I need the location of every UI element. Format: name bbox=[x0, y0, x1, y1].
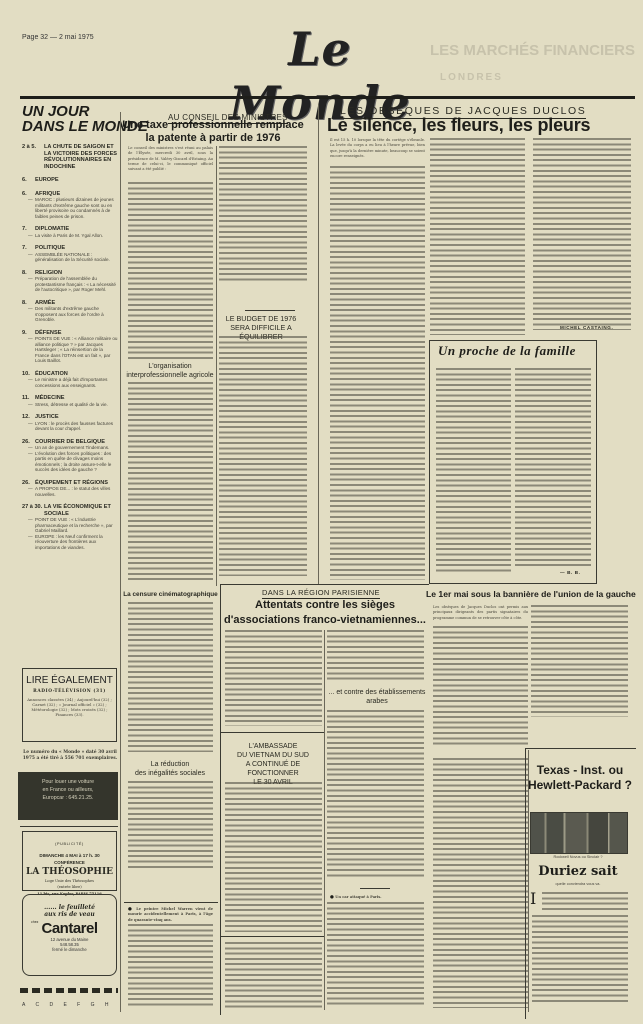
article-body-text bbox=[330, 166, 425, 580]
toc-page-number: 27 à 30. bbox=[22, 504, 44, 517]
toc-heading-text: LA CHUTE DE SAIGON ET LA VICTOIRE DES FO… bbox=[44, 144, 118, 170]
table-of-contents: 2 à 5.LA CHUTE DE SAIGON ET LA VICTOIRE … bbox=[22, 144, 118, 557]
article-body-text bbox=[531, 605, 628, 717]
box-signature: — B. B. bbox=[560, 570, 581, 575]
toc-summary: —Stress, détresse et qualité de la vie. bbox=[22, 402, 118, 408]
dash-icon: — bbox=[28, 421, 35, 432]
subhead-line2: des inégalités sociales bbox=[124, 769, 216, 778]
toc-summary-text: LYON : le procès des fausses factures de… bbox=[35, 421, 118, 432]
bleed-through-sub: LONDRES bbox=[440, 72, 503, 83]
headline-attentats: Attentats contre les sièges d'associatio… bbox=[222, 598, 428, 628]
cantarel-hours: fermé le dimanche bbox=[23, 947, 116, 952]
article-lead: Le conseil des ministres s'est réuni au … bbox=[128, 146, 213, 172]
toc-summary-text: POINT DE VUE : « L'industrie pharmaceuti… bbox=[35, 517, 118, 534]
europcar-line1: Pour louer une voiture bbox=[18, 778, 118, 786]
toc-summary-text: A PROPOS DE... : le statut des villes no… bbox=[35, 486, 118, 497]
headline-line1: Attentats contre les sièges bbox=[222, 598, 428, 613]
theosophie-org: Loge Unie des Théosophes bbox=[23, 879, 116, 883]
subhead-line1: L'organisation bbox=[124, 362, 216, 371]
toc-summary-text: Le ministre a déjà fait d'importantes co… bbox=[35, 377, 118, 388]
ad-label: (PUBLICITÉ) bbox=[52, 842, 87, 846]
article-body-text bbox=[327, 630, 424, 682]
article-body-text bbox=[128, 924, 213, 1008]
subhead-arabes: ... et contre des établissements arabes bbox=[327, 688, 427, 706]
vietnam-line1: L'AMBASSADE bbox=[222, 742, 324, 751]
article-body-text bbox=[128, 781, 213, 869]
toc-summary: —Préparation de l'assemblée du protestan… bbox=[22, 276, 118, 293]
toc-summary-text: La visite à Paris de M. Ygal Allon. bbox=[35, 233, 103, 239]
article-body-text bbox=[433, 758, 528, 1008]
vietnam-line3: A CONTINUÉ DE FONCTIONNER bbox=[222, 760, 324, 778]
toc-summary: —LYON : le procès des fausses factures d… bbox=[22, 421, 118, 432]
column-divider bbox=[324, 630, 325, 1010]
toc-heading-text: EUROPE bbox=[35, 177, 59, 184]
divider bbox=[220, 732, 324, 733]
article-body-text bbox=[327, 902, 424, 1007]
article-body-text bbox=[128, 382, 213, 580]
photo-caption: Rockwell Novus ou Sinclair ? bbox=[530, 855, 626, 859]
toc-summary-text: EUROPE : les Neuf confirment la réouvert… bbox=[35, 534, 118, 551]
toc-item: 27 à 30.LA VIE ÉCONOMIQUE ET SOCIALE—POI… bbox=[22, 504, 118, 550]
dash-icon: — bbox=[28, 451, 35, 473]
article-body-text bbox=[327, 710, 424, 878]
budget-line1: LE BUDGET DE 1976 bbox=[211, 314, 311, 323]
lire-title: LIRE ÉGALEMENT bbox=[23, 675, 116, 686]
dash-icon: — bbox=[28, 377, 35, 388]
cantarel-ad: ...... le feuilleté aux ris de veau chez… bbox=[22, 894, 117, 976]
toc-summary: —POINTS DE VUE : « Alliance militaire ou… bbox=[22, 336, 118, 364]
theosophie-entry: (entrée libre) bbox=[23, 885, 116, 889]
toc-summary-text: POINTS DE VUE : « Alliance militaire ou … bbox=[35, 336, 118, 364]
toc-heading: 6.EUROPE bbox=[22, 177, 118, 184]
headline-proche: Un proche de la famille bbox=[438, 343, 576, 359]
toc-summary: —La visite à Paris de M. Ygal Allon. bbox=[22, 233, 118, 239]
dash-icon: — bbox=[28, 534, 35, 551]
print-run-notice: Le numéro du « Monde » daté 30 avril 197… bbox=[22, 750, 118, 762]
toc-summary-text: ASSEMBLÉE NATIONALE : généralisation de … bbox=[35, 252, 118, 263]
headline-silence: Le silence, les fleurs, les pleurs bbox=[327, 115, 637, 136]
calculators-photo bbox=[530, 812, 628, 854]
article-body-text bbox=[219, 336, 307, 576]
toc-item: 10.ÉDUCATION—Le ministre a déjà fait d'i… bbox=[22, 371, 118, 389]
toc-item: 9.DÉFENSE—POINTS DE VUE : « Alliance mil… bbox=[22, 330, 118, 364]
dash-icon: — bbox=[28, 336, 35, 364]
article-body-text bbox=[128, 602, 213, 752]
registration-letters: A C D E F G H bbox=[22, 1002, 120, 1008]
newspaper-page: Page 32 — 2 mai 1975 LES MARCHÉS FINANCI… bbox=[0, 0, 643, 1024]
subhead-line1: ... et contre des établissements bbox=[327, 688, 427, 697]
page-folio: Page 32 — 2 mai 1975 bbox=[22, 34, 94, 41]
toc-heading-text: LA VIE ÉCONOMIQUE ET SOCIALE bbox=[44, 504, 118, 517]
sidebar-title-line1: UN JOUR bbox=[22, 104, 148, 119]
toc-item: 8.RELIGION—Préparation de l'assemblée du… bbox=[22, 270, 118, 293]
lire-subtitle: RADIO-TÉLÉVISION (31) bbox=[23, 689, 116, 694]
toc-item: 2 à 5.LA CHUTE DE SAIGON ET LA VICTOIRE … bbox=[22, 144, 118, 170]
subhead-organisation: L'organisation interprofessionnelle agri… bbox=[124, 362, 216, 380]
subhead-censure: La censure cinématographique bbox=[123, 591, 218, 598]
column-divider bbox=[318, 104, 319, 584]
bleed-through-text: LES MARCHÉS FINANCIERS bbox=[430, 42, 635, 59]
theosophie-ad: (PUBLICITÉ) DIMANCHE 4 MAI à 17 h. 30 CO… bbox=[22, 831, 117, 891]
toc-item: 6.EUROPE bbox=[22, 177, 118, 184]
subhead-line2: interprofessionnelle agricole bbox=[124, 371, 216, 380]
toc-summary: —EUROPE : les Neuf confirment la réouver… bbox=[22, 534, 118, 551]
article-body-text bbox=[128, 182, 213, 359]
article-body-text bbox=[436, 368, 511, 573]
toc-item: 8.ARMÉE—Des militants d'extrême gauche s… bbox=[22, 300, 118, 323]
dash-icon: — bbox=[28, 306, 35, 323]
lire-body: Annonces classées (34) ; Aujourd'hui (32… bbox=[27, 697, 112, 717]
europcar-line3: Europcar : 645.21.25. bbox=[18, 794, 118, 802]
europcar-ad: Pour louer une voiture en France ou aill… bbox=[18, 772, 118, 820]
masthead-rule bbox=[20, 96, 635, 99]
dash-icon: — bbox=[28, 233, 35, 239]
headline-vietnam: L'AMBASSADE DU VIETNAM DU SUD A CONTINUÉ… bbox=[222, 742, 324, 787]
dash-icon: — bbox=[28, 402, 35, 408]
toc-summary: —Des militants d'extrême gauche s'oppose… bbox=[22, 306, 118, 323]
headline-taxe: Une taxe professionnelle remplace la pat… bbox=[122, 119, 304, 145]
theosophie-type: CONFÉRENCE bbox=[23, 860, 116, 865]
toc-page-number: 2 à 5. bbox=[22, 144, 44, 170]
theosophie-date: DIMANCHE 4 MAI à 17 h. 30 bbox=[23, 853, 116, 858]
article-body-text bbox=[533, 138, 631, 330]
subhead-line1: La réduction bbox=[124, 760, 216, 769]
byline: MICHEL CASTAING. bbox=[560, 325, 613, 330]
toc-item: 7.DIPLOMATIE—La visite à Paris de M. Yga… bbox=[22, 226, 118, 238]
article-body-text bbox=[515, 368, 591, 568]
article-lead: Les obsèques de Jacques Duclos ont permi… bbox=[433, 605, 528, 621]
toc-summary-text: Préparation de l'assemblée du protestant… bbox=[35, 276, 118, 293]
toc-summary-text: L'évolution des forces politiques : des … bbox=[35, 451, 118, 473]
duriez-tagline: quelle conviendra vous va. bbox=[530, 882, 626, 886]
car-brief: ● Un car attaqué à Paris. bbox=[330, 895, 424, 900]
divider bbox=[360, 888, 390, 889]
toc-item: 11.MÉDECINE—Stress, détresse et qualité … bbox=[22, 395, 118, 407]
ad-headline-line2: Hewlett-Packard ? bbox=[525, 778, 635, 793]
europcar-line2: en France ou ailleurs, bbox=[18, 786, 118, 794]
subhead-reduction: La réduction des inégalités sociales bbox=[124, 760, 216, 778]
article-body-text bbox=[225, 630, 322, 726]
toc-summary-text: MAROC : plusieurs dizaines de jeunes mil… bbox=[35, 197, 118, 219]
ad-body-text bbox=[542, 892, 628, 912]
divider bbox=[245, 310, 295, 311]
headline-1er-mai: Le 1er mai sous la bannière de l'union d… bbox=[426, 589, 636, 599]
bullet-icon: ● bbox=[128, 907, 133, 912]
divider bbox=[20, 826, 118, 827]
article-body-text bbox=[430, 138, 525, 335]
divider bbox=[124, 902, 218, 903]
toc-summary-text: Des militants d'extrême gauche s'opposen… bbox=[35, 306, 118, 323]
toc-item: 6.AFRIQUE—MAROC : plusieurs dizaines de … bbox=[22, 191, 118, 220]
dash-icon: — bbox=[28, 486, 35, 497]
toc-summary: —Le ministre a déjà fait d'importantes c… bbox=[22, 377, 118, 388]
ad-body-text bbox=[532, 915, 628, 1005]
toc-summary: —A PROPOS DE... : le statut des villes n… bbox=[22, 486, 118, 497]
warren-brief: ● Le peintre Michel Warren vient de mour… bbox=[128, 907, 213, 923]
car-lead: Un car attaqué à Paris. bbox=[335, 895, 381, 899]
article-body-text bbox=[433, 626, 528, 746]
toc-item: 7.POLITIQUE—ASSEMBLÉE NATIONALE : généra… bbox=[22, 245, 118, 263]
toc-summary-text: Stress, détresse et qualité de la vie. bbox=[35, 402, 108, 408]
toc-item: 26.ÉQUIPEMENT ET RÉGIONS—A PROPOS DE... … bbox=[22, 480, 118, 498]
column-divider bbox=[120, 112, 121, 1012]
drop-cap: I bbox=[530, 889, 536, 908]
duriez-brand: Duriez sait bbox=[530, 864, 626, 879]
article-body-text bbox=[225, 782, 322, 932]
cantarel-line1: ...... le feuilleté bbox=[23, 904, 116, 911]
subhead-line2: arabes bbox=[327, 697, 427, 706]
toc-item: 26.COURRIER DE BELGIQUE—Un an de gouvern… bbox=[22, 439, 118, 473]
toc-summary: —L'évolution des forces politiques : des… bbox=[22, 451, 118, 473]
cantarel-line2: aux ris de veau bbox=[23, 911, 116, 918]
toc-page-number: 6. bbox=[22, 177, 35, 184]
ad-headline-line1: Texas - Inst. ou bbox=[525, 763, 635, 778]
dash-icon: — bbox=[28, 252, 35, 263]
ad-headline: Texas - Inst. ou Hewlett-Packard ? bbox=[525, 763, 635, 793]
warren-lead: Le peintre Michel Warren vient de mourir… bbox=[128, 907, 213, 922]
vietnam-line2: DU VIETNAM DU SUD bbox=[222, 751, 324, 760]
dash-icon: — bbox=[28, 197, 35, 219]
registration-marks bbox=[20, 988, 118, 993]
toc-heading: 2 à 5.LA CHUTE DE SAIGON ET LA VICTOIRE … bbox=[22, 144, 118, 170]
toc-item: 12.JUSTICE—LYON : le procès des fausses … bbox=[22, 414, 118, 432]
article-body-text bbox=[219, 146, 307, 281]
dash-icon: — bbox=[28, 517, 35, 534]
toc-summary: —POINT DE VUE : « L'industrie pharmaceut… bbox=[22, 517, 118, 534]
theosophie-title: LA THÉOSOPHIE bbox=[23, 867, 116, 877]
bullet-icon: ● bbox=[330, 895, 334, 900]
dash-icon: — bbox=[28, 276, 35, 293]
lire-egalement-box: LIRE ÉGALEMENT RADIO-TÉLÉVISION (31) Ann… bbox=[22, 668, 117, 742]
toc-heading: 27 à 30.LA VIE ÉCONOMIQUE ET SOCIALE bbox=[22, 504, 118, 517]
column-divider bbox=[216, 146, 217, 586]
article-lead: Il est 15 h. 10 lorsque la tête du cortè… bbox=[330, 138, 425, 159]
toc-summary: —ASSEMBLÉE NATIONALE : généralisation de… bbox=[22, 252, 118, 263]
divider bbox=[220, 936, 324, 937]
toc-summary: —MAROC : plusieurs dizaines de jeunes mi… bbox=[22, 197, 118, 219]
headline-line2: d'associations franco-vietnamiennes... bbox=[222, 613, 428, 628]
article-body-text bbox=[225, 942, 322, 1008]
